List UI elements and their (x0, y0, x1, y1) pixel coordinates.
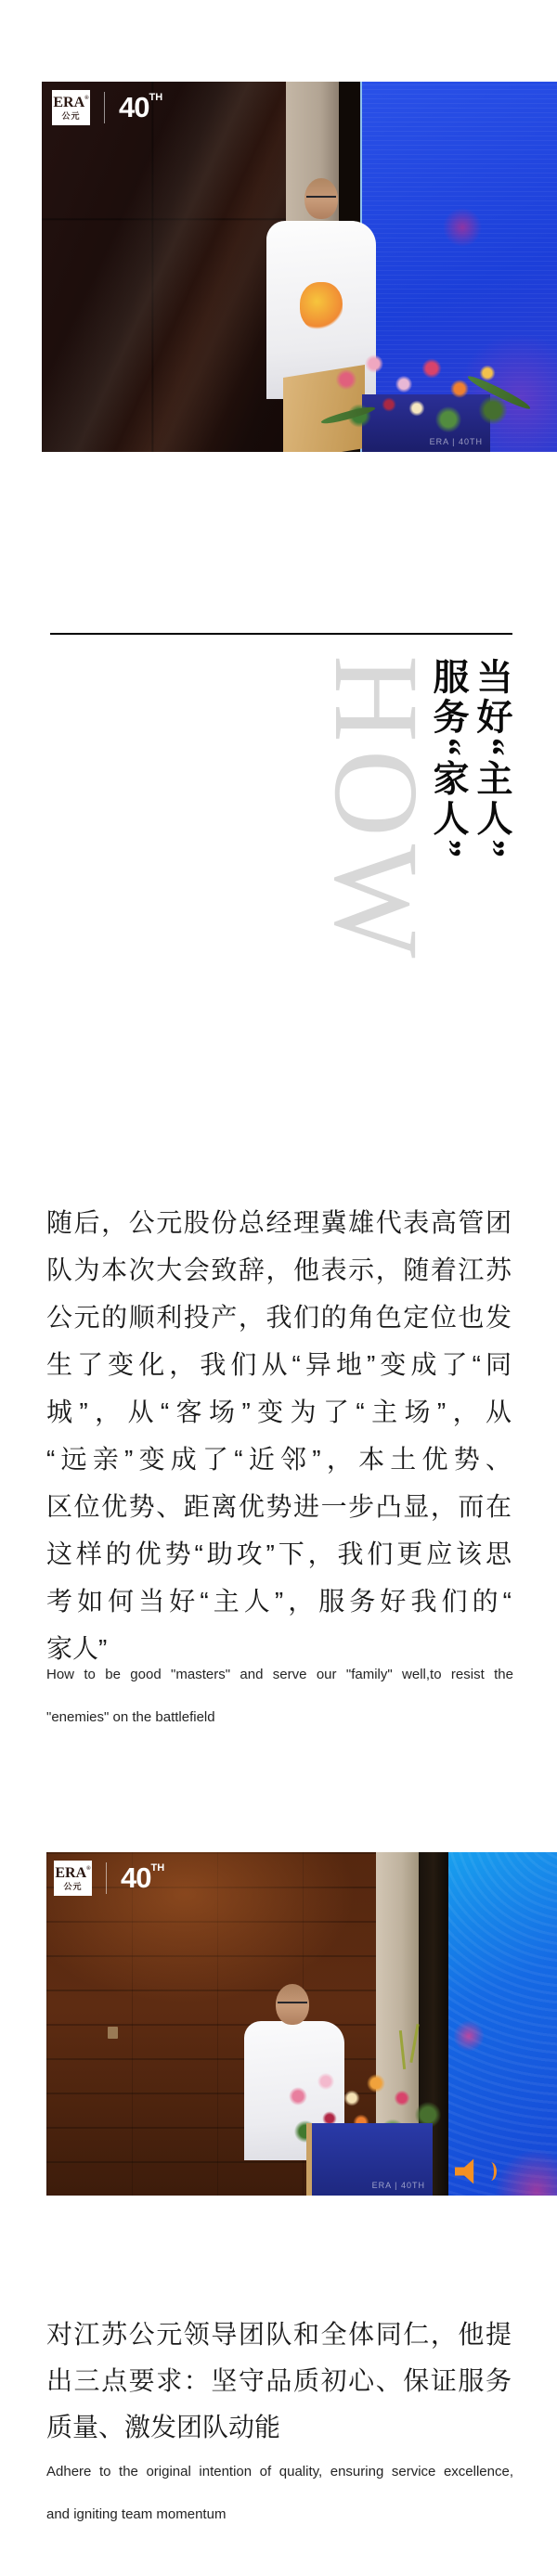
para-line: 对江苏公元领导团队和全体同仁，他提 (46, 2312, 512, 2358)
paragraph-cn-1: 随后，公元股份总经理冀雄代表高管团 队为本次大会致辞，他表示，随着江苏 公元的顺… (46, 1199, 512, 1672)
para-line: 区位优势、距离优势进一步凸显，而在 (46, 1483, 512, 1530)
era-logo-text: ERA® (53, 96, 88, 110)
fortieth-anniversary-icon: 40 TH (121, 1861, 164, 1895)
logo-40-number: 40 (119, 91, 149, 124)
era-logo-box: ERA® 公元 (52, 90, 90, 125)
para-line: 考如何当好“主人”，服务好我们的“ (46, 1578, 512, 1625)
era-logo-cn: 公元 (61, 112, 80, 121)
photo-speech-1[interactable]: ERA | 40TH ERA® 公元 40 TH (42, 82, 557, 452)
era-40th-logo: ERA® 公元 40 TH (52, 90, 162, 125)
para-line: 公元的顺利投产，我们的角色定位也发 (46, 1294, 512, 1341)
para-line: 生了变化，我们从“异地”变成了“同 (46, 1341, 512, 1388)
led-screen (448, 1852, 557, 2196)
logo-divider (104, 92, 105, 123)
flower-bouquet (318, 338, 521, 452)
caption-line: and igniting team momentum (46, 2505, 513, 2547)
paragraph-cn-2: 对江苏公元领导团队和全体同仁，他提 出三点要求：坚守品质初心、保证服务 质量、激… (46, 2312, 512, 2451)
logo-40-number: 40 (121, 1861, 150, 1895)
para-line: 这样的优势“助攻”下，我们更应该思 (46, 1530, 512, 1578)
registered-mark-icon: ® (84, 96, 88, 101)
era-logo-text: ERA® (55, 1866, 90, 1881)
sound-wave-icon (485, 2162, 497, 2181)
caption-line: "enemies" on the battlefield (46, 1707, 513, 1750)
glasses-icon (278, 2002, 307, 2009)
logo-th-sup: TH (150, 1862, 164, 1874)
era-40th-logo: ERA® 公元 40 TH (54, 1861, 164, 1896)
tshirt-print (300, 282, 343, 330)
glasses-icon (306, 196, 336, 203)
para-line: 出三点要求：坚守品质初心、保证服务 (46, 2358, 512, 2404)
photo-speech-2[interactable]: ERA | 40TH ERA® 公元 40 TH (46, 1852, 557, 2196)
caption-en-2: Adhere to the original intention of qual… (46, 2462, 513, 2547)
logo-divider (106, 1862, 107, 1894)
fortieth-anniversary-icon: 40 TH (119, 91, 162, 124)
para-line: “远亲”变成了“近邻”，本土优势、 (46, 1436, 512, 1483)
era-logo-box: ERA® 公元 (54, 1861, 92, 1896)
heading-vertical-left: 服务“家人” (427, 658, 468, 918)
para-line: 质量、激发团队动能 (46, 2404, 512, 2451)
era-logo-cn: 公元 (63, 1883, 82, 1891)
logo-th-sup: TH (149, 92, 162, 103)
caption-line: How to be good "masters" and serve our "… (46, 1665, 513, 1707)
para-line: 随后，公元股份总经理冀雄代表高管团 (46, 1199, 512, 1246)
podium-logo-watermark: ERA | 40TH (372, 2181, 425, 2190)
registered-mark-icon: ® (86, 1866, 90, 1872)
para-line: 城”，从“客场”变为了“主场”，从 (46, 1388, 512, 1436)
para-line: 队为本次大会致辞，他表示，随着江苏 (46, 1246, 512, 1294)
article-page: ERA | 40TH ERA® 公元 40 TH HOW 当好“主人” 服务“家… (0, 0, 557, 2576)
how-watermark: HOW (323, 655, 427, 1017)
caption-en-1: How to be good "masters" and serve our "… (46, 1665, 513, 1750)
wall-switch (108, 2027, 118, 2039)
heading-vertical-right: 当好“主人” (471, 658, 512, 918)
podium-front: ERA | 40TH (306, 2123, 433, 2196)
section-divider (50, 633, 512, 635)
caption-line: Adhere to the original intention of qual… (46, 2462, 513, 2505)
